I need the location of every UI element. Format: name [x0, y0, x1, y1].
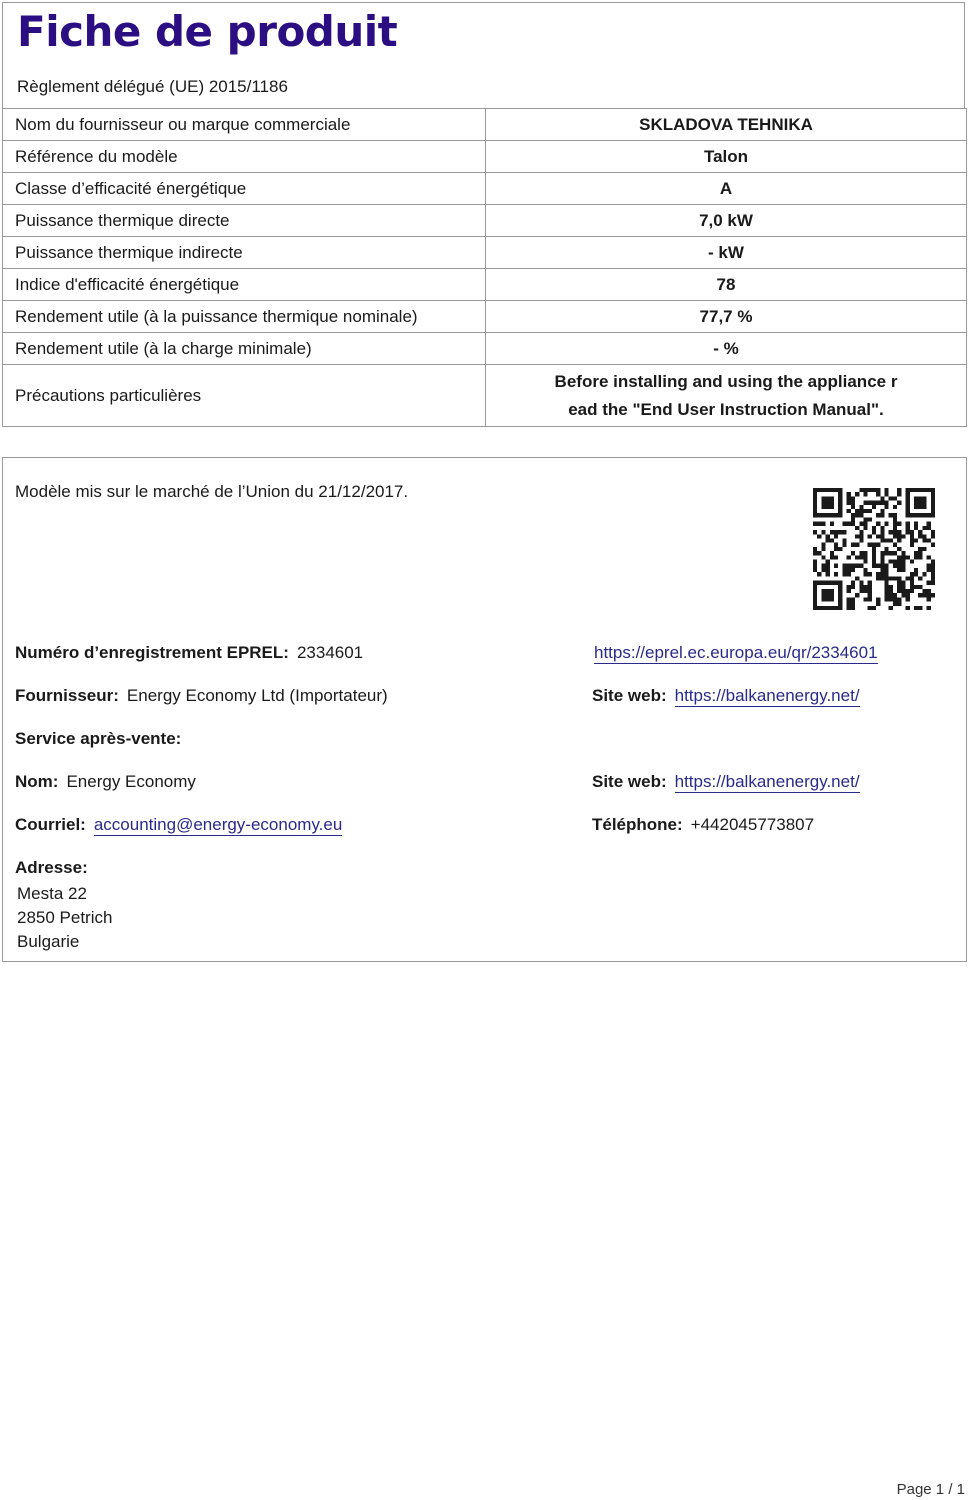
address-line: Bulgarie	[17, 930, 112, 954]
spec-label: Indice d'efficacité énergétique	[3, 269, 486, 301]
supplier-value: Energy Economy Ltd (Importateur)	[127, 686, 388, 705]
table-row: Indice d'efficacité énergétique78	[3, 269, 967, 301]
table-row: Précautions particulièresBefore installi…	[3, 365, 967, 427]
spec-label: Puissance thermique directe	[3, 205, 486, 237]
name-label: Nom:	[15, 772, 58, 791]
phone-row: Téléphone:+442045773807	[592, 815, 814, 835]
placed-on-market-text: Modèle mis sur le marché de l’Union du 2…	[15, 482, 408, 502]
eprel-value: 2334601	[297, 643, 363, 662]
spec-value-line: Before installing and using the applianc…	[498, 368, 954, 396]
email-link[interactable]: accounting@energy-economy.eu	[94, 815, 342, 836]
table-row: Rendement utile (à la puissance thermiqu…	[3, 301, 967, 333]
table-row: Rendement utile (à la charge minimale)- …	[3, 333, 967, 365]
table-row: Nom du fournisseur ou marque commerciale…	[3, 109, 967, 141]
supplier-web-label: Site web:	[592, 686, 667, 705]
spec-value: - %	[486, 333, 967, 365]
spec-label: Puissance thermique indirecte	[3, 237, 486, 269]
spec-value: Talon	[486, 141, 967, 173]
table-row: Référence du modèleTalon	[3, 141, 967, 173]
supplier-web-row: Site web:https://balkanenergy.net/	[592, 686, 860, 706]
after-sales-row: Service après-vente:	[15, 729, 189, 749]
qr-code-icon	[813, 488, 935, 610]
eprel-link-row: https://eprel.ec.europa.eu/qr/2334601	[594, 643, 878, 663]
phone-label: Téléphone:	[592, 815, 683, 834]
service-web-row: Site web:https://balkanenergy.net/	[592, 772, 860, 792]
supplier-label: Fournisseur:	[15, 686, 119, 705]
spec-value: - kW	[486, 237, 967, 269]
after-sales-label: Service après-vente:	[15, 729, 181, 748]
name-value: Energy Economy	[66, 772, 195, 791]
spec-label: Précautions particulières	[3, 365, 486, 427]
regulation-subtitle: Règlement délégué (UE) 2015/1186	[17, 77, 288, 97]
spec-table: Nom du fournisseur ou marque commerciale…	[2, 108, 967, 427]
spec-value: 78	[486, 269, 967, 301]
spec-label: Classe d’efficacité énergétique	[3, 173, 486, 205]
spec-label: Nom du fournisseur ou marque commerciale	[3, 109, 486, 141]
table-row: Classe d’efficacité énergétiqueA	[3, 173, 967, 205]
header-box: Fiche de produit Règlement délégué (UE) …	[2, 2, 965, 108]
spec-label: Rendement utile (à la charge minimale)	[3, 333, 486, 365]
table-row: Puissance thermique indirecte- kW	[3, 237, 967, 269]
address-lines: Mesta 22 2850 Petrich Bulgarie	[17, 882, 112, 954]
spec-label: Rendement utile (à la puissance thermiqu…	[3, 301, 486, 333]
spec-value: 77,7 %	[486, 301, 967, 333]
table-row: Puissance thermique directe7,0 kW	[3, 205, 967, 237]
service-name-row: Nom:Energy Economy	[15, 772, 196, 792]
address-label-row: Adresse:	[15, 858, 96, 878]
address-line: 2850 Petrich	[17, 906, 112, 930]
page-number: Page 1 / 1	[897, 1481, 965, 1498]
spec-value: 7,0 kW	[486, 205, 967, 237]
address-line: Mesta 22	[17, 882, 112, 906]
eprel-row: Numéro d’enregistrement EPREL:2334601	[15, 643, 363, 663]
eprel-link[interactable]: https://eprel.ec.europa.eu/qr/2334601	[594, 643, 878, 664]
page-title: Fiche de produit	[17, 7, 397, 56]
spec-value: SKLADOVA TEHNIKA	[486, 109, 967, 141]
info-box: Modèle mis sur le marché de l’Union du 2…	[2, 457, 967, 962]
spec-label: Référence du modèle	[3, 141, 486, 173]
service-web-link[interactable]: https://balkanenergy.net/	[675, 772, 860, 793]
spec-value: A	[486, 173, 967, 205]
supplier-row: Fournisseur:Energy Economy Ltd (Importat…	[15, 686, 388, 706]
phone-value: +442045773807	[691, 815, 814, 834]
service-web-label: Site web:	[592, 772, 667, 791]
eprel-label: Numéro d’enregistrement EPREL:	[15, 643, 289, 662]
spec-value-line: ead the "End User Instruction Manual".	[498, 396, 954, 424]
address-label: Adresse:	[15, 858, 88, 877]
email-row: Courriel:accounting@energy-economy.eu	[15, 815, 342, 835]
spec-value: Before installing and using the applianc…	[486, 365, 967, 427]
supplier-web-link[interactable]: https://balkanenergy.net/	[675, 686, 860, 707]
email-label: Courriel:	[15, 815, 86, 834]
